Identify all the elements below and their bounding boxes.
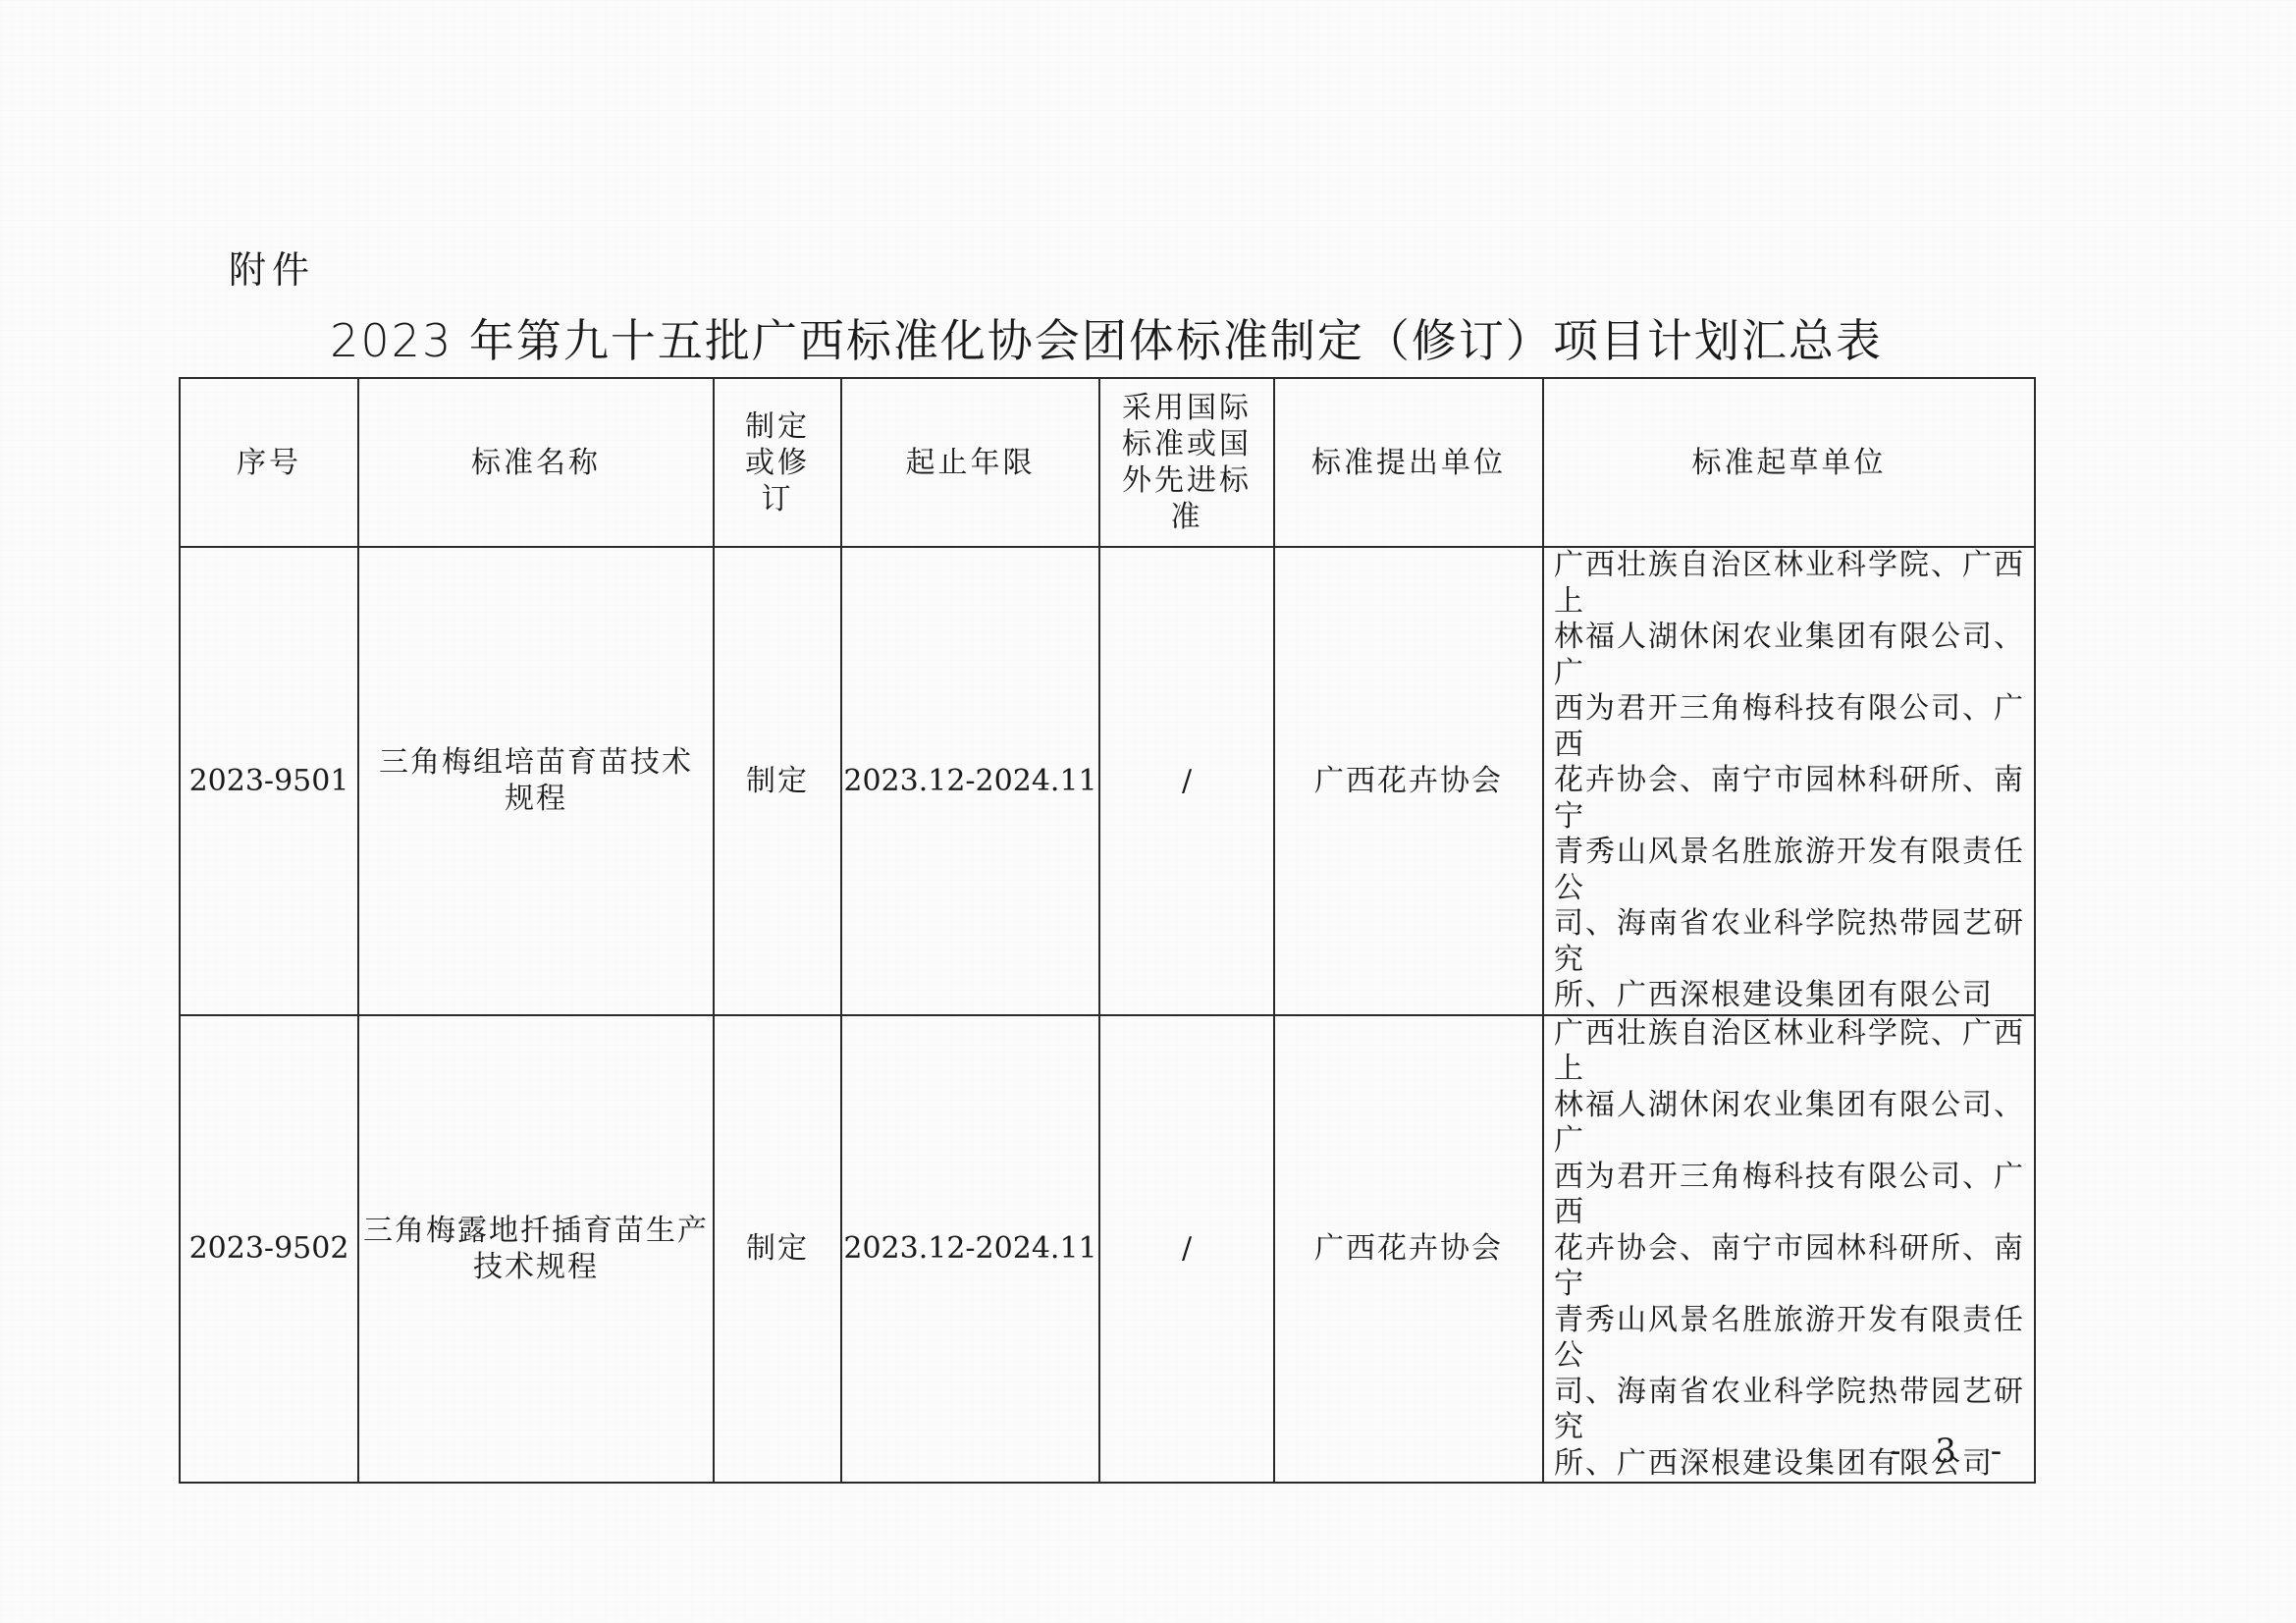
header-line: 制定 [715, 408, 840, 445]
header-proposer: 标准提出单位 [1274, 378, 1543, 547]
header-lines: 标准提出单位 [1275, 445, 1542, 481]
drafter-line: 林福人湖休闲农业集团有限公司、广 [1554, 1088, 2034, 1160]
name-line: 规程 [359, 781, 713, 817]
header-line: 准 [1100, 499, 1273, 535]
header-line: 标准起草单位 [1544, 445, 2034, 481]
header-type: 制定或修订 [714, 378, 841, 547]
name-line: 三角梅露地扦插育苗生产 [359, 1213, 713, 1249]
drafter-line: 广西壮族自治区林业科学院、广西上 [1554, 548, 2034, 620]
header-lines: 序号 [181, 445, 357, 481]
drafter-line: 广西壮族自治区林业科学院、广西上 [1554, 1016, 2034, 1088]
cell-serial: 2023-9501 [180, 547, 358, 1015]
cell-proposer: 广西花卉协会 [1274, 1015, 1543, 1484]
header-drafter: 标准起草单位 [1543, 378, 2035, 547]
header-line: 采用国际 [1100, 390, 1273, 426]
header-line: 标准名称 [359, 445, 713, 481]
table-row: 2023-9501 三角梅组培苗育苗技术 规程 制定 2023.12-2024.… [180, 547, 2035, 1015]
project-plan-table: 序号 标准名称 制定或修订 起止年限 采用国际标准或国外先进标准 标准提出单位 … [179, 377, 2036, 1484]
header-lines: 标准名称 [359, 445, 713, 481]
header-period: 起止年限 [841, 378, 1099, 547]
drafter-line: 青秀山风景名胜旅游开发有限责任公 [1554, 835, 2034, 906]
table-header-row: 序号 标准名称 制定或修订 起止年限 采用国际标准或国外先进标准 标准提出单位 … [180, 378, 2035, 547]
cell-period: 2023.12-2024.11 [841, 1015, 1099, 1484]
header-lines: 标准起草单位 [1544, 445, 2034, 481]
header-line: 标准提出单位 [1275, 445, 1542, 481]
cell-adopted-standard: / [1099, 547, 1274, 1015]
name-line: 技术规程 [359, 1249, 713, 1285]
header-line: 起止年限 [842, 445, 1098, 481]
header-lines: 制定或修订 [715, 408, 840, 517]
drafter-line: 西为君开三角梅科技有限公司、广西 [1554, 691, 2034, 763]
page-number: - 3 - [1890, 1432, 2013, 1471]
header-line: 序号 [181, 445, 357, 481]
name-line: 三角梅组培苗育苗技术 [359, 744, 713, 781]
cell-serial: 2023-9502 [180, 1015, 358, 1484]
cell-standard-name: 三角梅组培苗育苗技术 规程 [358, 547, 714, 1015]
cell-drafter: 广西壮族自治区林业科学院、广西上 林福人湖休闲农业集团有限公司、广 西为君开三角… [1543, 1015, 2035, 1484]
drafter-line: 司、海南省农业科学院热带园艺研究 [1554, 906, 2034, 978]
header-lines: 采用国际标准或国外先进标准 [1100, 390, 1273, 535]
header-line: 或修 [715, 445, 840, 481]
document-title: 2023 年第九十五批广西标准化协会团体标准制定（修订）项目计划汇总表 [179, 312, 2034, 369]
header-lines: 起止年限 [842, 445, 1098, 481]
header-adopted-standard: 采用国际标准或国外先进标准 [1099, 378, 1274, 547]
table-row: 2023-9502 三角梅露地扦插育苗生产 技术规程 制定 2023.12-20… [180, 1015, 2035, 1484]
header-line: 外先进标 [1100, 462, 1273, 499]
drafter-line: 林福人湖休闲农业集团有限公司、广 [1554, 620, 2034, 691]
cell-adopted-standard: / [1099, 1015, 1274, 1484]
header-line: 订 [715, 481, 840, 517]
cell-standard-name: 三角梅露地扦插育苗生产 技术规程 [358, 1015, 714, 1484]
drafter-line: 青秀山风景名胜旅游开发有限责任公 [1554, 1303, 2034, 1375]
header-serial: 序号 [180, 378, 358, 547]
cell-proposer: 广西花卉协会 [1274, 547, 1543, 1015]
drafter-line: 花卉协会、南宁市园林科研所、南宁 [1554, 763, 2034, 835]
attachment-label: 附件 [229, 247, 315, 293]
header-standard-name: 标准名称 [358, 378, 714, 547]
drafter-line: 西为君开三角梅科技有限公司、广西 [1554, 1160, 2034, 1231]
cell-type: 制定 [714, 1015, 841, 1484]
cell-type: 制定 [714, 547, 841, 1015]
drafter-line: 花卉协会、南宁市园林科研所、南宁 [1554, 1231, 2034, 1303]
cell-drafter: 广西壮族自治区林业科学院、广西上 林福人湖休闲农业集团有限公司、广 西为君开三角… [1543, 547, 2035, 1015]
cell-period: 2023.12-2024.11 [841, 547, 1099, 1015]
header-line: 标准或国 [1100, 426, 1273, 462]
drafter-line: 所、广西深根建设集团有限公司 [1554, 978, 2034, 1014]
